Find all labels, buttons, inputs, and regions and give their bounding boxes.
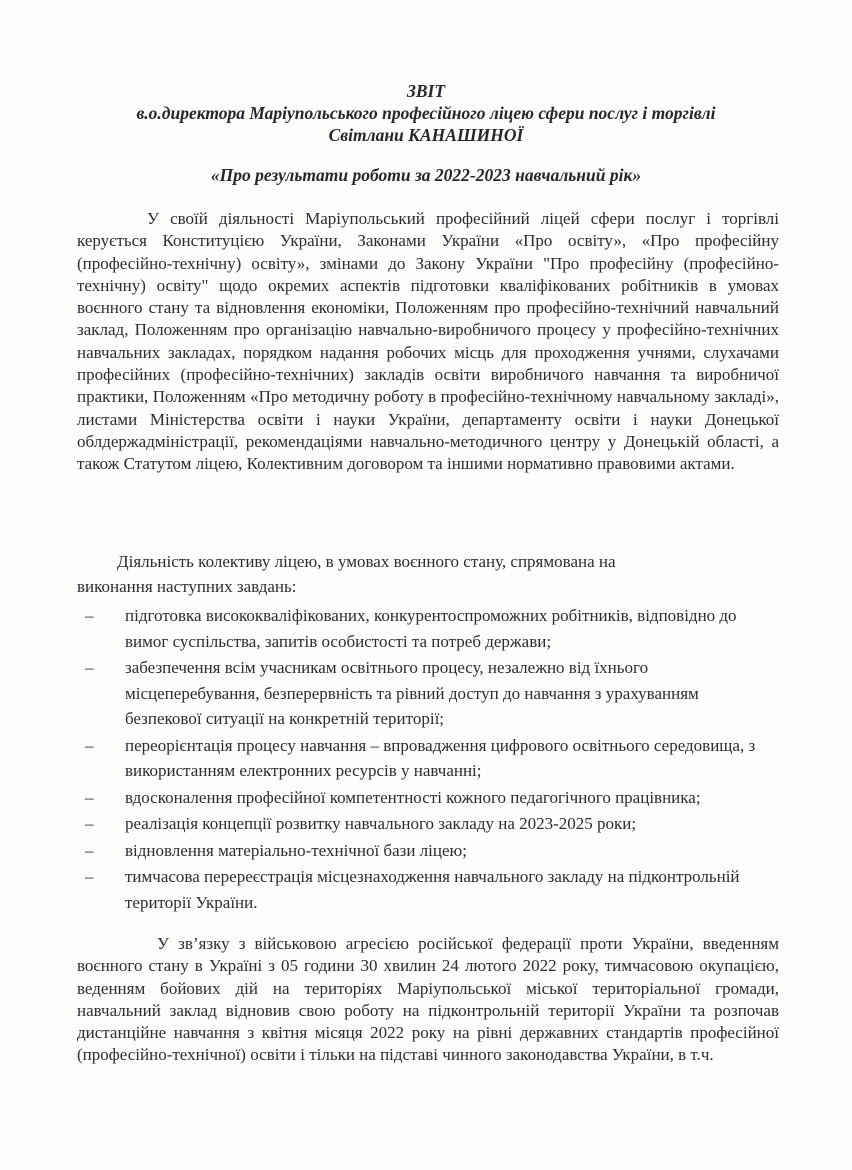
tasks-section: Діяльність колективу ліцею, в умовах воє…: [77, 549, 779, 916]
document-page: ЗВІТ в.о.директора Маріупольського профе…: [0, 0, 852, 1170]
list-item: –вдосконалення професійної компетентност…: [77, 785, 779, 811]
task-text: переорієнтація процесу навчання – впрова…: [125, 736, 755, 781]
paragraph-war-context: У зв’язку з військовою агресією російськ…: [77, 933, 779, 1067]
list-item: –переорієнтація процесу навчання – впров…: [77, 733, 779, 784]
list-item: –відновлення матеріально-технічної бази …: [77, 838, 779, 864]
task-text: відновлення матеріально-технічної бази л…: [125, 841, 467, 860]
dash-bullet-icon: –: [85, 838, 94, 864]
list-item: –тимчасова перереєстрація місцезнаходжен…: [77, 864, 779, 915]
dash-bullet-icon: –: [85, 864, 94, 890]
list-item: –підготовка висококваліфікованих, конкур…: [77, 603, 779, 654]
task-text: підготовка висококваліфікованих, конкуре…: [125, 606, 737, 651]
list-item: –реалізація концепції розвитку навчально…: [77, 811, 779, 837]
report-header: ЗВІТ в.о.директора Маріупольського профе…: [0, 80, 852, 186]
task-text: реалізація концепції розвитку навчальног…: [125, 814, 636, 833]
paragraph-legal-basis: У своїй діяльності Маріупольський профес…: [77, 208, 779, 476]
report-author-name: Світлани КАНАШИНОЇ: [0, 124, 852, 146]
tasks-list: –підготовка висококваліфікованих, конкур…: [77, 603, 779, 915]
dash-bullet-icon: –: [85, 655, 94, 681]
paragraph-war-context-block: У зв’язку з військовою агресією російськ…: [77, 933, 779, 1067]
dash-bullet-icon: –: [85, 603, 94, 629]
task-text: вдосконалення професійної компетентності…: [125, 788, 701, 807]
report-subtitle: «Про результати роботи за 2022-2023 навч…: [0, 164, 852, 186]
list-item: –забезпечення всім учасникам освітнього …: [77, 655, 779, 732]
task-text: забезпечення всім учасникам освітнього п…: [125, 658, 699, 728]
dash-bullet-icon: –: [85, 733, 94, 759]
tasks-intro-line2: виконання наступних завдань:: [77, 574, 779, 599]
paragraph-legal-basis-block: У своїй діяльності Маріупольський профес…: [77, 208, 779, 476]
task-text: тимчасова перереєстрація місцезнаходженн…: [125, 867, 740, 912]
dash-bullet-icon: –: [85, 811, 94, 837]
report-title: ЗВІТ: [0, 80, 852, 102]
dash-bullet-icon: –: [85, 785, 94, 811]
tasks-intro-line1: Діяльність колективу ліцею, в умовах воє…: [77, 549, 779, 574]
report-author-position: в.о.директора Маріупольського професійно…: [0, 102, 852, 124]
